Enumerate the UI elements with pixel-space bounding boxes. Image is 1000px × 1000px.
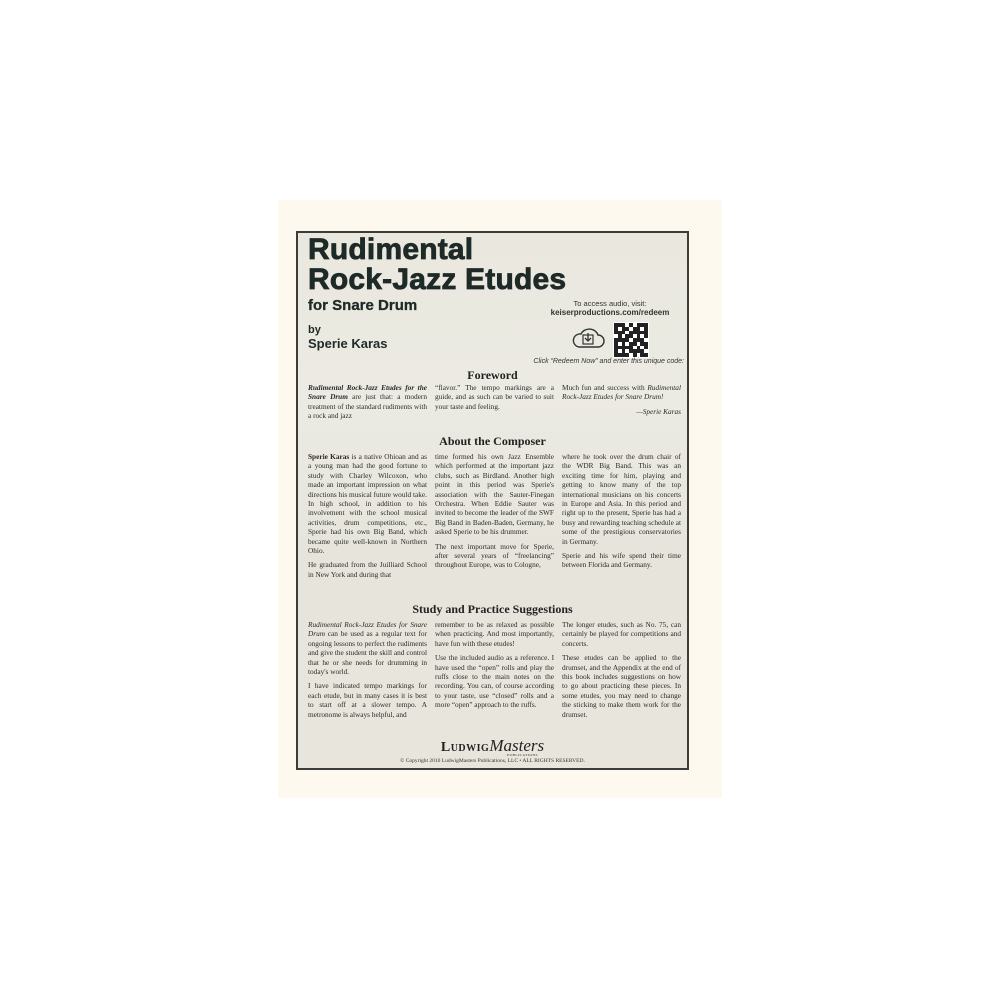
title-line-2: Rock-Jazz Etudes	[308, 265, 566, 295]
audio-instructions: To access audio, visit:	[535, 299, 685, 308]
composer-col-3: where he took over the drum chair of the…	[562, 452, 681, 584]
foreword-body: Rudimental Rock-Jazz Etudes for the Snar…	[308, 383, 681, 426]
logo-ludwig: Ludwig	[441, 740, 489, 755]
author-name: Sperie Karas	[308, 336, 388, 351]
qr-code[interactable]	[613, 322, 649, 358]
cloud-download-icon	[571, 326, 605, 355]
study-text-3: remember to be as relaxed as possible wh…	[435, 620, 554, 648]
composer-heading: About the Composer	[298, 434, 687, 449]
logo-publications: PUBLICATIONS	[358, 753, 687, 757]
study-col-3: The longer etudes, such as No. 75, can c…	[562, 620, 681, 724]
publisher-logo: LudwigMasters PUBLICATIONS	[298, 736, 687, 757]
foreword-signature: —Sperie Karas	[562, 407, 681, 416]
foreword-heading: Foreword	[298, 368, 687, 383]
foreword-text-2: “flavor.” The tempo markings are a guide…	[435, 383, 554, 411]
copyright-notice: © Copyright 2010 LudwigMasters Publicati…	[298, 758, 687, 764]
foreword-col-3: Much fun and success with Rudimental Roc…	[562, 383, 681, 426]
foreword-col-2: “flavor.” The tempo markings are a guide…	[435, 383, 554, 426]
foreword-col-1: Rudimental Rock-Jazz Etudes for the Snar…	[308, 383, 427, 426]
composer-name: Sperie Karas	[308, 452, 349, 461]
title-line-1: Rudimental	[308, 235, 566, 265]
composer-text-6: Sperie and his wife spend their time bet…	[562, 551, 681, 570]
composer-text-1: is a native Ohioan and as a young man ha…	[308, 452, 427, 555]
study-body: Rudimental Rock-Jazz Etudes for Snare Dr…	[308, 620, 681, 724]
document-page: Rudimental Rock-Jazz Etudes for Snare Dr…	[278, 200, 722, 798]
study-heading: Study and Practice Suggestions	[298, 602, 687, 617]
study-text-4: Use the included audio as a reference. I…	[435, 653, 554, 709]
study-text-1: can be used as a regular text for ongoin…	[308, 629, 427, 676]
audio-access-box: To access audio, visit: keiserproduction…	[535, 299, 685, 358]
study-text-5: The longer etudes, such as No. 75, can c…	[562, 620, 681, 648]
composer-text-3: time formed his own Jazz Ensemble which …	[435, 452, 554, 537]
audio-url[interactable]: keiserproductions.com/redeem	[535, 308, 685, 318]
study-col-2: remember to be as relaxed as possible wh…	[435, 620, 554, 724]
composer-col-2: time formed his own Jazz Ensemble which …	[435, 452, 554, 584]
by-label: by	[308, 324, 321, 336]
foreword-text-3: Much fun and success with	[562, 383, 647, 392]
composer-text-4: The next important move for Sperie, afte…	[435, 542, 554, 570]
composer-body: Sperie Karas is a native Ohioan and as a…	[308, 452, 681, 584]
composer-col-1: Sperie Karas is a native Ohioan and as a…	[308, 452, 427, 584]
content-frame: Rudimental Rock-Jazz Etudes for Snare Dr…	[296, 231, 689, 770]
study-text-2: I have indicated tempo markings for each…	[308, 681, 427, 719]
composer-text-2: He graduated from the Juilliard School i…	[308, 560, 427, 579]
book-title: Rudimental Rock-Jazz Etudes	[308, 235, 566, 295]
book-subtitle: for Snare Drum	[308, 297, 417, 314]
redeem-note: Click “Redeem Now” and enter this unique…	[533, 358, 684, 365]
study-text-6: These etudes can be applied to the drums…	[562, 653, 681, 719]
study-col-1: Rudimental Rock-Jazz Etudes for Snare Dr…	[308, 620, 427, 724]
composer-text-5: where he took over the drum chair of the…	[562, 452, 681, 546]
